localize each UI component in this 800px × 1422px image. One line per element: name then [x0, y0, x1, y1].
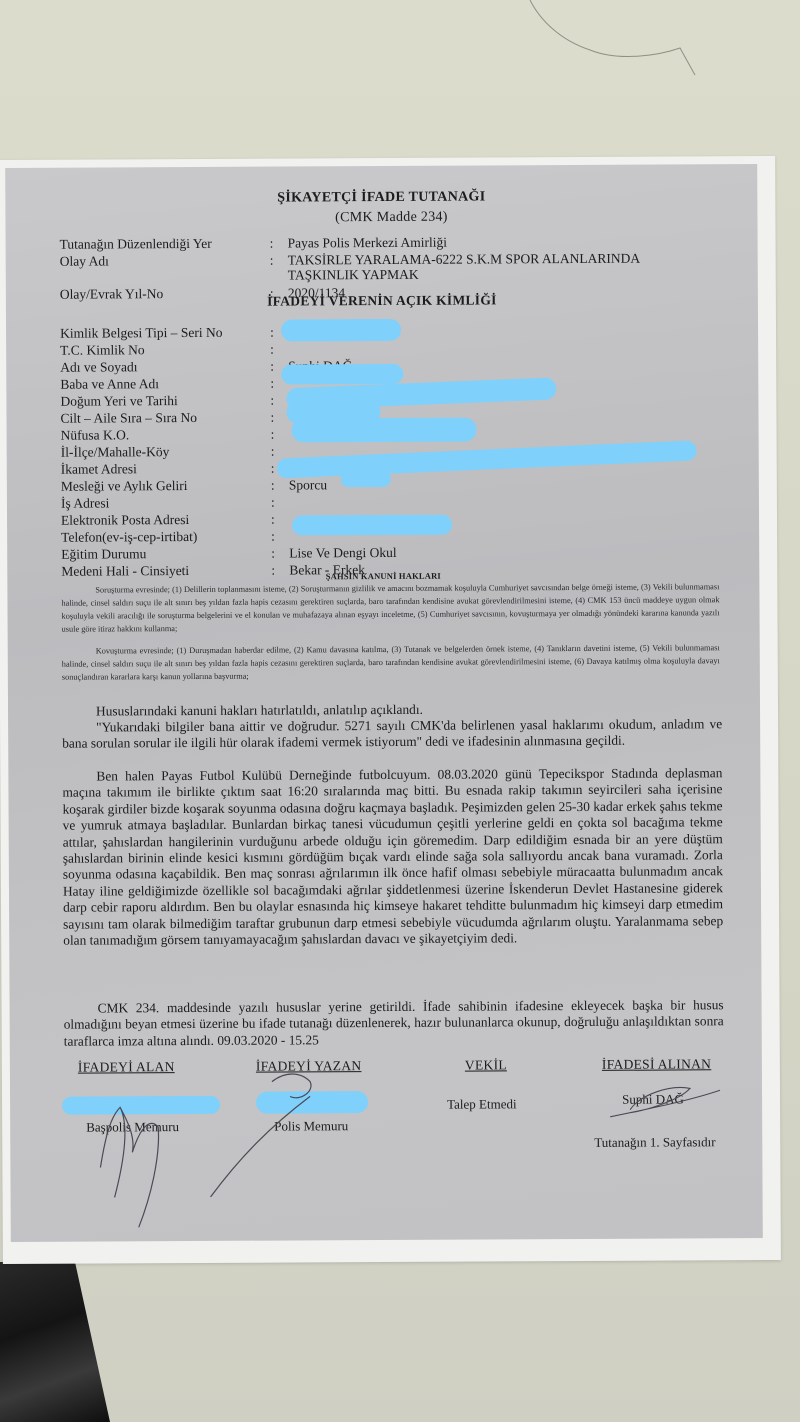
field-label: Olay Adı	[60, 252, 109, 269]
field-label: Kimlik Belgesi Tipi – Seri No	[60, 324, 222, 342]
field-colon: :	[270, 358, 274, 375]
field-label: Adı ve Soyadı	[60, 358, 137, 375]
field-colon: :	[270, 341, 274, 358]
document-subtitle: (CMK Madde 234)	[5, 208, 757, 228]
redaction-mark	[292, 515, 452, 536]
handwritten-signatures	[10, 1024, 763, 1242]
field-colon: :	[271, 477, 275, 494]
field-value: TAŞKINLIK YAPMAK	[288, 266, 419, 284]
document-title: ŞİKAYETÇİ İFADE TUTANAĞI	[5, 188, 757, 208]
field-label: Cilt – Aile Sıra – Sıra No	[60, 409, 197, 427]
field-label: İş Adresi	[61, 494, 109, 511]
document-page: ŞİKAYETÇİ İFADE TUTANAĞI (CMK Madde 234)…	[5, 164, 763, 1242]
paragraph-consent: "Yukarıdaki bilgiler bana aittir ve doğr…	[62, 716, 722, 752]
field-colon: :	[271, 528, 275, 545]
paragraph-statement: Ben halen Payas Futbol Kulübü Derneğinde…	[62, 765, 723, 949]
field-label: İkamet Adresi	[61, 460, 137, 477]
field-colon: :	[270, 409, 274, 426]
field-label: Tutanağın Düzenlendiği Yer	[60, 235, 212, 253]
redaction-mark	[276, 440, 696, 478]
field-colon: :	[270, 324, 274, 341]
wall-crack	[520, 0, 700, 80]
identity-heading: İFADEYİ VERENİN AÇIK KİMLİĞİ	[6, 291, 758, 311]
field-colon: :	[270, 392, 274, 409]
field-label: Eğitim Durumu	[61, 545, 146, 562]
redaction-mark	[292, 418, 477, 443]
field-colon: :	[271, 460, 275, 477]
field-colon: :	[270, 235, 274, 252]
field-value: Lise Ve Dengi Okul	[289, 544, 396, 562]
field-label: Elektronik Posta Adresi	[61, 511, 189, 529]
field-colon: :	[271, 443, 275, 460]
field-label: Doğum Yeri ve Tarihi	[60, 392, 177, 410]
field-colon: :	[271, 494, 275, 511]
redaction-mark	[341, 471, 391, 487]
rights-investigation: Soruşturma evresinde; (1) Delillerin top…	[61, 580, 719, 635]
field-label: T.C. Kimlik No	[60, 341, 145, 358]
redaction-mark	[281, 364, 403, 385]
field-colon: :	[271, 545, 275, 562]
rights-prosecution: Kovuşturma evresinde; (1) Duruşmadan hab…	[62, 641, 720, 683]
field-label: Baba ve Anne Adı	[60, 375, 159, 393]
dark-object-corner	[0, 1262, 110, 1422]
field-label: Telefon(ev-iş-cep-irtibat)	[61, 528, 197, 546]
field-colon: :	[270, 375, 274, 392]
field-colon: :	[271, 426, 275, 443]
field-colon: :	[271, 511, 275, 528]
field-label: Mesleği ve Aylık Geliri	[61, 477, 188, 495]
field-label: İl-İlçe/Mahalle-Köy	[61, 443, 170, 461]
field-label: Nüfusa K.O.	[61, 426, 130, 443]
field-value: Payas Polis Merkezi Amirliği	[288, 234, 447, 252]
field-colon: :	[270, 252, 274, 269]
redaction-mark	[281, 319, 401, 342]
field-value: Sporcu	[289, 476, 327, 493]
